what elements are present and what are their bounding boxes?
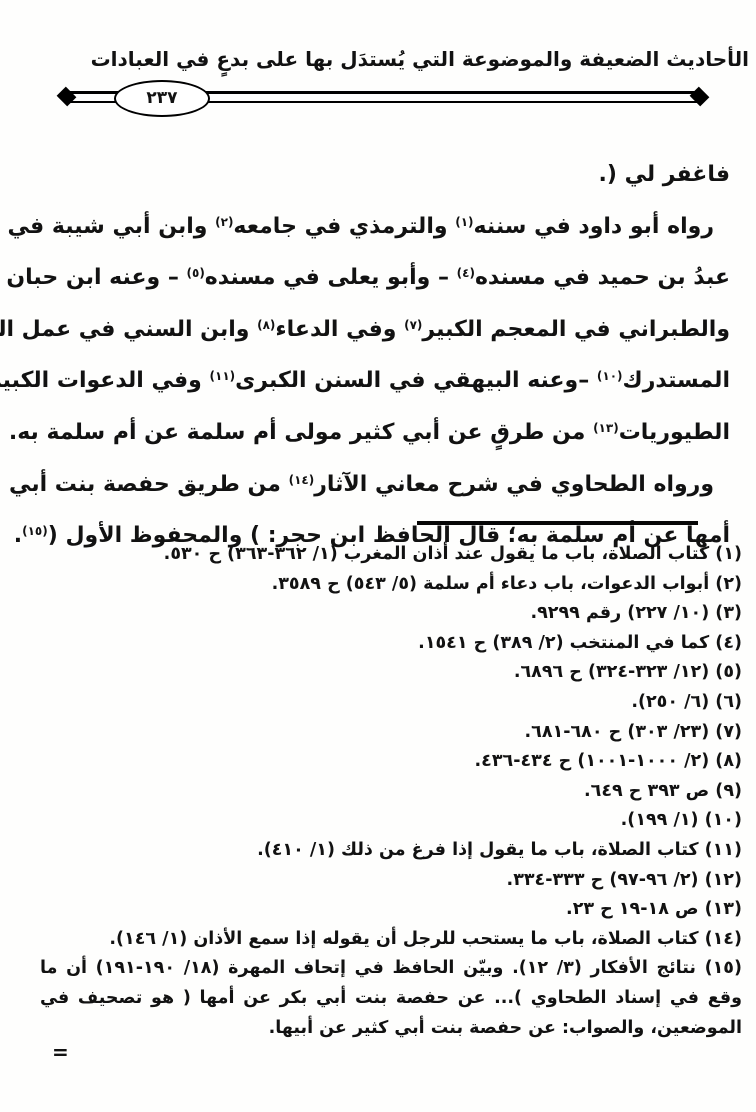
footnote-ref: (١٤) xyxy=(289,473,315,487)
footnote-item: (٢) أبواب الدعوات، باب دعاء أم سلمة (٥/ … xyxy=(40,570,742,600)
body-line: والطبراني في المعجم الكبير(٧) وفي الدعاء… xyxy=(50,302,730,354)
body-line: رواه أبو داود في سننه(١) والترمذي في جام… xyxy=(50,199,730,251)
body-line: فاغفر لي (. xyxy=(50,152,730,199)
footnote-item: (٤) كما في المنتخب (٢/ ٣٨٩) ح ١٥٤١. xyxy=(40,629,742,659)
footnote-ref: (٨) xyxy=(257,318,275,332)
footnote-item: (٦) (٦/ ٢٥٠). xyxy=(40,688,742,718)
footnote-item: (٩) ص ٣٩٣ ح ٦٤٩. xyxy=(40,777,742,807)
footnote-item: (٣) (١٠/ ٢٢٧) رقم ٩٢٩٩. xyxy=(40,599,742,629)
page-number-badge: ٢٣٧ xyxy=(114,80,210,117)
footnotes: (١) كتاب الصلاة، باب ما يقول عند أذان ال… xyxy=(40,540,742,1043)
footnote-ref: (٧) xyxy=(404,318,422,332)
footnote-item: (١١) كتاب الصلاة، باب ما يقول إذا فرغ من… xyxy=(40,836,742,866)
footnote-ref: (١٥) xyxy=(22,524,48,538)
footnote-ref: (٥) xyxy=(187,266,205,280)
page-title: الأحاديث الضعيفة والموضوعة التي يُستدَل … xyxy=(91,47,749,71)
footnote-item: (١٢) (٢/ ٩٦-٩٧) ح ٣٣٣-٣٣٤. xyxy=(40,866,742,896)
footnote-ref: (١٣) xyxy=(593,421,619,435)
footnote-item: (٧) (٢٣/ ٣٠٣) ح ٦٨٠-٦٨١. xyxy=(40,718,742,748)
footnote-item: (١٤) كتاب الصلاة، باب ما يستحب للرجل أن … xyxy=(40,925,742,955)
page-number: ٢٣٧ xyxy=(146,88,177,108)
continuation-mark: = xyxy=(52,1040,69,1064)
body-line: المستدرك(١٠) –وعنه البيهقي في السنن الكب… xyxy=(50,353,730,405)
footnote-ref: (١٠) xyxy=(597,369,623,383)
header-rule: ٢٣٧ xyxy=(62,88,704,106)
footnote-ref: (١) xyxy=(455,215,473,229)
book-page: الأحاديث الضعيفة والموضوعة التي يُستدَل … xyxy=(0,0,756,1112)
footnote-separator xyxy=(417,521,698,525)
body-text: فاغفر لي (.رواه أبو داود في سننه(١) والت… xyxy=(50,152,730,560)
body-line: الطيوريات(١٣) من طرقٍ عن أبي كثير مولى أ… xyxy=(50,405,730,457)
footnote-ref: (١١) xyxy=(210,369,236,383)
footnote-item: (٥) (١٢/ ٣٢٣-٣٢٤) ح ٦٨٩٦. xyxy=(40,658,742,688)
footnote-ref: (٤) xyxy=(457,266,475,280)
body-line: ورواه الطحاوي في شرح معاني الآثار(١٤) من… xyxy=(50,457,730,509)
footnote-item: (١٣) ص ١٨-١٩ ح ٢٣. xyxy=(40,895,742,925)
footnote-ref: (٢) xyxy=(215,215,233,229)
footnote-item: (١) كتاب الصلاة، باب ما يقول عند أذان ال… xyxy=(40,540,742,570)
footnote-item: (١٥) نتائج الأفكار (٣/ ١٢). وبيّن الحافظ… xyxy=(40,954,742,1043)
footnote-item: (٨) (٢/ ١٠٠٠-١٠٠١) ح ٤٣٤-٤٣٦. xyxy=(40,747,742,777)
footnote-item: (١٠) (١/ ١٩٩). xyxy=(40,806,742,836)
body-line: عبدُ بن حميد في مسنده(٤) – وأبو يعلى في … xyxy=(50,250,730,302)
